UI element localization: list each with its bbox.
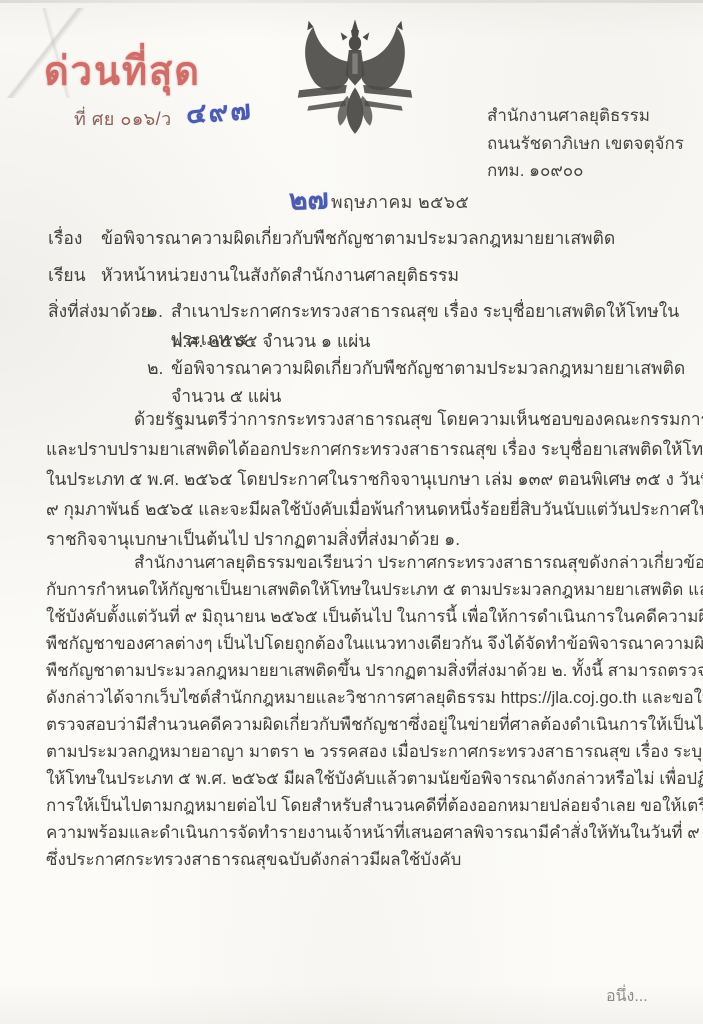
body-line: กับการกำหนดให้กัญชาเป็นยาเสพติดให้โทษในป… (46, 576, 664, 603)
recipient-label: เรียน (48, 261, 86, 289)
attachment-1-number: ๑. (147, 297, 163, 325)
scanned-letter-page: ด่วนที่สุด ที่ ศย ๐๑๖/ว ๔๙๗ (0, 0, 703, 1024)
body-line: ๙ กุมภาพันธ์ ๒๕๖๕ และจะมีผลใช้บังคับเมื่… (46, 494, 664, 524)
body-line: และปราบปรามยาเสพติดได้ออกประกาศกระทรวงสา… (46, 434, 664, 464)
document-number: ที่ ศย ๐๑๖/ว (74, 104, 172, 133)
body-line: ความพร้อมและดำเนินการจัดทำรายงานเจ้าหน้า… (46, 819, 664, 846)
urgency-stamp: ด่วนที่สุด (44, 38, 201, 102)
body-line: สำนักงานศาลยุติธรรมขอเรียนว่า ประกาศกระท… (46, 549, 664, 576)
sender-address-line3: กทม. ๑๐๙๐๐ (487, 157, 684, 185)
sender-address-line2: ถนนรัชดาภิเษก เขตจตุจักร (487, 130, 684, 158)
garuda-emblem-icon (280, 14, 430, 142)
body-line: ด้วยรัฐมนตรีว่าการกระทรวงสาธารณสุข โดยคว… (46, 404, 664, 434)
attachments-label: สิ่งที่ส่งมาด้วย (48, 297, 151, 325)
letter-date-month-year: พฤษภาคม ๒๕๖๕ (331, 188, 469, 216)
body-paragraph-1: ด้วยรัฐมนตรีว่าการกระทรวงสาธารณสุข โดยคว… (46, 404, 664, 554)
body-line: ซึ่งประกาศกระทรวงสาธารณสุขฉบับดังกล่าวมี… (46, 846, 664, 873)
body-line: ในประเภท ๕ พ.ศ. ๒๕๖๕ โดยประกาศในราชกิจจา… (46, 464, 664, 494)
subject-text: ข้อพิจารณาความผิดเกี่ยวกับพืชกัญชาตามประ… (101, 224, 615, 252)
sender-address: สำนักงานศาลยุติธรรม ถนนรัชดาภิเษก เขตจตุ… (487, 102, 684, 185)
body-line: ตามประมวลกฎหมายอาญา มาตรา ๒ วรรคสอง เมื่… (46, 738, 664, 765)
body-line: ให้โทษในประเภท ๕ พ.ศ. ๒๕๖๕ มีผลใช้บังคับ… (46, 765, 664, 792)
body-line: พืชกัญชาของศาลต่างๆ เป็นไปโดยถูกต้องในแน… (46, 630, 664, 657)
body-line: ดังกล่าวได้จากเว็บไซต์สำนักกฎหมายและวิชา… (46, 684, 664, 711)
attachment-1-line2: พ.ศ. ๒๕๖๕ จำนวน ๑ แผ่น (171, 327, 370, 355)
subject-label: เรื่อง (48, 224, 82, 252)
continuation-mark: อนึ่ง... (606, 984, 648, 1009)
body-line: ตรวจสอบว่ามีสำนวนคดีความผิดเกี่ยวกับพืชก… (46, 711, 664, 738)
attachment-2-line1: ข้อพิจารณาความผิดเกี่ยวกับพืชกัญชาตามประ… (171, 354, 685, 382)
body-line: การให้เป็นไปตามกฎหมายต่อไป โดยสำหรับสำนว… (46, 792, 664, 819)
sender-address-line1: สำนักงานศาลยุติธรรม (487, 102, 684, 130)
body-line: พืชกัญชาตามประมวลกฎหมายยาเสพติดขึ้น ปราก… (46, 657, 664, 684)
document-number-handwritten: ๔๙๗ (185, 88, 254, 136)
letter-date-day-handwritten: ๒๗ (288, 177, 329, 222)
body-paragraph-2: สำนักงานศาลยุติธรรมขอเรียนว่า ประกาศกระท… (46, 549, 664, 873)
recipient-text: หัวหน้าหน่วยงานในสังกัดสำนักงานศาลยุติธร… (101, 261, 459, 289)
body-line: ใช้บังคับตั้งแต่วันที่ ๙ มิถุนายน ๒๕๖๕ เ… (46, 603, 664, 630)
attachment-2-number: ๒. (147, 354, 163, 382)
